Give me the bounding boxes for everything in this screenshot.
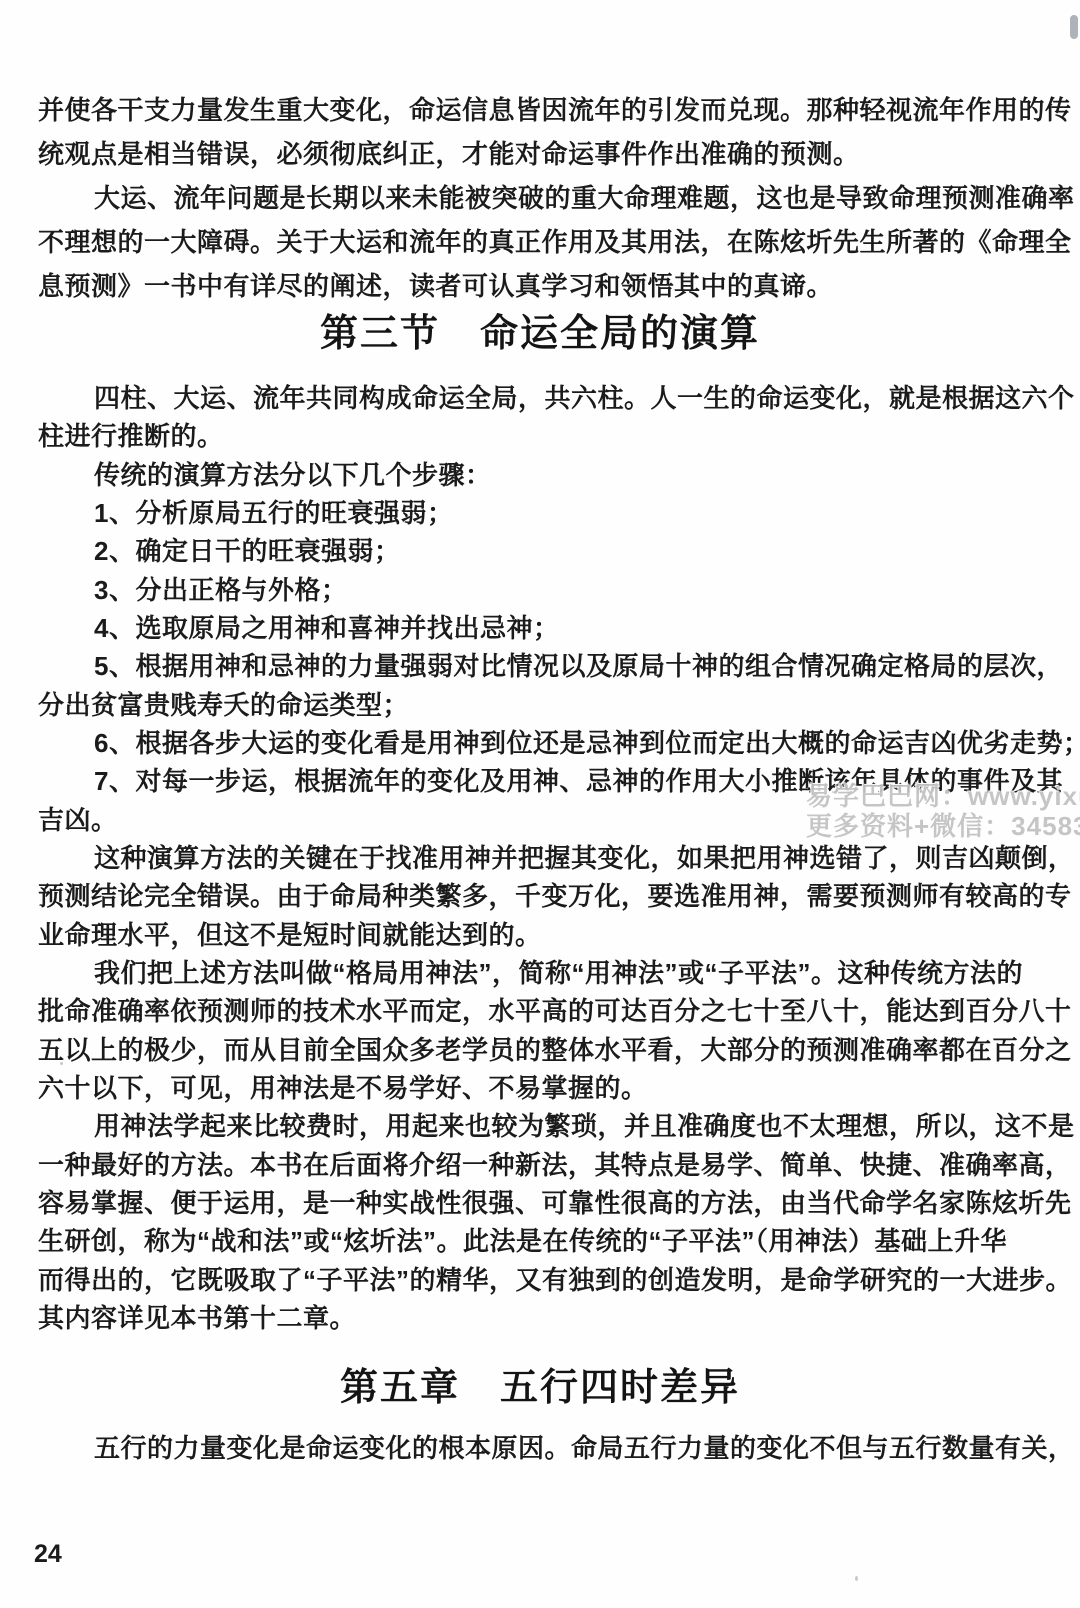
text-line: 柱进行推断的。 — [38, 421, 224, 451]
text-line: 而得出的，它既吸取了“子平法”的精华，又有独到的创造发明，是命学研究的一大进步。 — [38, 1265, 1072, 1295]
text-line: 大运、流年问题是长期以来未能被突破的重大命理难题，这也是导致命理预测准确率 — [94, 183, 1075, 213]
text-line: 我们把上述方法叫做“格局用神法”，简称“用神法”或“子平法”。这种传统方法的 — [94, 958, 1023, 988]
text-line: 一种最好的方法。本书在后面将介绍一种新法，其特点是易学、简单、快捷、准确率高， — [38, 1150, 1072, 1180]
text-line: 用神法学起来比较费时，用起来也较为繁琐，并且准确度也不太理想，所以，这不是 — [94, 1111, 1075, 1141]
page-number: 24 — [34, 1540, 62, 1569]
text-line: 预测结论完全错误。由于命局种类繁多，千变万化，要选准用神，需要预测师有较高的专 — [38, 881, 1072, 911]
text-line: 四柱、大运、流年共同构成命运全局，共六柱。人一生的命运变化，就是根据这六个 — [94, 383, 1075, 413]
text-line: 统观点是相当错误，必须彻底纠正，才能对命运事件作出准确的预测。 — [38, 139, 860, 169]
text-line: 息预测》一书中有详尽的阐述，读者可认真学习和领悟其中的真谛。 — [38, 271, 833, 301]
text-line: 并使各干支力量发生重大变化，命运信息皆因流年的引发而兑现。那种轻视流年作用的传 — [38, 95, 1072, 125]
chapter-heading: 第五章 五行四时差异 — [0, 1356, 1080, 1411]
text-line: 1、分析原局五行的旺衰强弱； — [94, 498, 453, 528]
text-line: 吉凶。 — [38, 805, 118, 835]
section-heading: 第三节 命运全局的演算 — [0, 302, 1080, 357]
scan-speck — [60, 1062, 63, 1065]
text-line: 生研创，称为“战和法”或“炫圻法”。此法是在传统的“子平法”（用神法）基础上升华 — [38, 1226, 1007, 1256]
text-line: 6、根据各步大运的变化看是用神到位还是忌神到位而定出大概的命运吉凶优劣走势； — [94, 728, 1080, 758]
text-line: 五以上的极少，而从目前全国众多老学员的整体水平看，大部分的预测准确率都在百分之 — [38, 1035, 1072, 1065]
text-line: 这种演算方法的关键在于找准用神并把握其变化，如果把用神选错了，则吉凶颠倒， — [94, 843, 1075, 873]
text-line: 其内容详见本书第十二章。 — [38, 1303, 356, 1333]
text-line: 容易掌握、便于运用，是一种实战性很强、可靠性很高的方法，由当代命学名家陈炫圻先 — [38, 1188, 1072, 1218]
scan-speck — [855, 1576, 858, 1581]
scanned-page: 并使各干支力量发生重大变化，命运信息皆因流年的引发而兑现。那种轻视流年作用的传统… — [0, 0, 1080, 1608]
text-line: 不理想的一大障碍。关于大运和流年的真正作用及其用法，在陈炫圻先生所著的《命理全 — [38, 227, 1072, 257]
text-line: 五行的力量变化是命运变化的根本原因。命局五行力量的变化不但与五行数量有关， — [94, 1433, 1075, 1463]
text-line: 2、确定日干的旺衰强弱； — [94, 536, 400, 566]
text-line: 六十以下，可见，用神法是不易学好、不易掌握的。 — [38, 1073, 648, 1103]
watermark-contact-line: 更多资料+微信：3458344044 — [806, 806, 1080, 843]
text-line: 批命准确率依预测师的技术水平而定，水平高的可达百分之七十至八十，能达到百分八十 — [38, 996, 1072, 1026]
text-line: 传统的演算方法分以下几个步骤： — [94, 460, 492, 490]
text-line: 5、根据用神和忌神的力量强弱对比情况以及原局十神的组合情况确定格局的层次， — [94, 651, 1063, 681]
scrollbar-thumb[interactable] — [1070, 15, 1078, 39]
text-line: 业命理水平，但这不是短时间就能达到的。 — [38, 920, 542, 950]
text-line: 3、分出正格与外格； — [94, 575, 347, 605]
text-line: 4、选取原局之用神和喜神并找出忌神； — [94, 613, 559, 643]
text-line: 分出贫富贵贱寿夭的命运类型； — [38, 690, 409, 720]
